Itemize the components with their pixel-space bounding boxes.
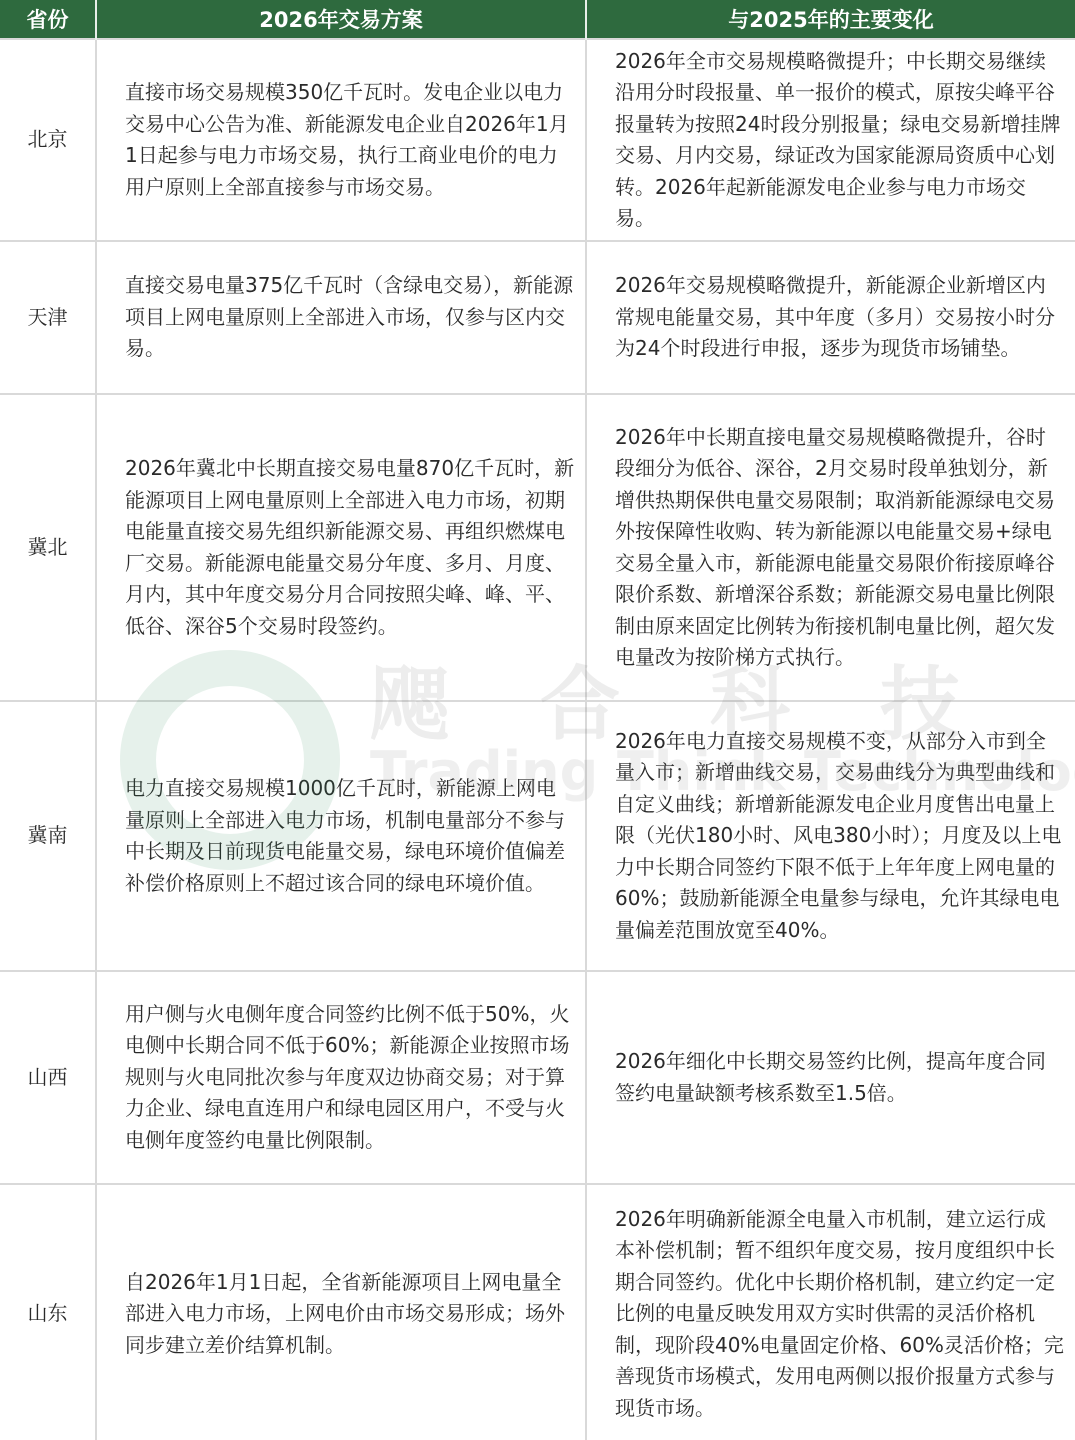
table-row: 冀南 电力直接交易规模1000亿千瓦时，新能源上网电量原则上全部进入电力市场，机… <box>0 701 1075 971</box>
plan-cell: 2026年冀北中长期直接交易电量870亿千瓦时，新能源项目上网电量原则上全部进入… <box>96 394 586 701</box>
province-cell: 山西 <box>0 971 96 1184</box>
plan-cell: 电力直接交易规模1000亿千瓦时，新能源上网电量原则上全部进入电力市场，机制电量… <box>96 701 586 971</box>
change-cell: 2026年电力直接交易规模不变，从部分入市到全量入市；新增曲线交易，交易曲线分为… <box>586 701 1075 971</box>
plan-cell: 自2026年1月1日起，全省新能源项目上网电量全部进入电力市场，上网电价由市场交… <box>96 1184 586 1440</box>
change-cell: 2026年全市交易规模略微提升；中长期交易继续沿用分时段报量、单一报价的模式，原… <box>586 39 1075 241</box>
change-cell: 2026年中长期直接电量交易规模略微提升，谷时段细分为低谷、深谷，2月交易时段单… <box>586 394 1075 701</box>
table-row: 冀北 2026年冀北中长期直接交易电量870亿千瓦时，新能源项目上网电量原则上全… <box>0 394 1075 701</box>
province-cell: 冀南 <box>0 701 96 971</box>
province-cell: 山东 <box>0 1184 96 1440</box>
change-cell: 2026年交易规模略微提升，新能源企业新增区内常规电能量交易，其中年度（多月）交… <box>586 241 1075 394</box>
header-plan-2026: 2026年交易方案 <box>96 0 586 39</box>
plan-cell: 直接交易电量375亿千瓦时（含绿电交易），新能源项目上网电量原则上全部进入市场，… <box>96 241 586 394</box>
table-row: 天津 直接交易电量375亿千瓦时（含绿电交易），新能源项目上网电量原则上全部进入… <box>0 241 1075 394</box>
province-cell: 北京 <box>0 39 96 241</box>
change-cell: 2026年明确新能源全电量入市机制，建立运行成本补偿机制；暂不组织年度交易，按月… <box>586 1184 1075 1440</box>
header-province: 省份 <box>0 0 96 39</box>
province-cell: 天津 <box>0 241 96 394</box>
table-row: 山东 自2026年1月1日起，全省新能源项目上网电量全部进入电力市场，上网电价由… <box>0 1184 1075 1440</box>
table-header-row: 省份 2026年交易方案 与2025年的主要变化 <box>0 0 1075 39</box>
change-cell: 2026年细化中长期交易签约比例，提高年度合同签约电量缺额考核系数至1.5倍。 <box>586 971 1075 1184</box>
table-row: 山西 用户侧与火电侧年度合同签约比例不低于50%，火电侧中长期合同不低于60%；… <box>0 971 1075 1184</box>
province-cell: 冀北 <box>0 394 96 701</box>
plan-cell: 用户侧与火电侧年度合同签约比例不低于50%，火电侧中长期合同不低于60%；新能源… <box>96 971 586 1184</box>
header-changes-vs-2025: 与2025年的主要变化 <box>586 0 1075 39</box>
trading-plan-table: 省份 2026年交易方案 与2025年的主要变化 北京 直接市场交易规模350亿… <box>0 0 1075 1440</box>
plan-cell: 直接市场交易规模350亿千瓦时。发电企业以电力交易中心公告为准、新能源发电企业自… <box>96 39 586 241</box>
table-row: 北京 直接市场交易规模350亿千瓦时。发电企业以电力交易中心公告为准、新能源发电… <box>0 39 1075 241</box>
